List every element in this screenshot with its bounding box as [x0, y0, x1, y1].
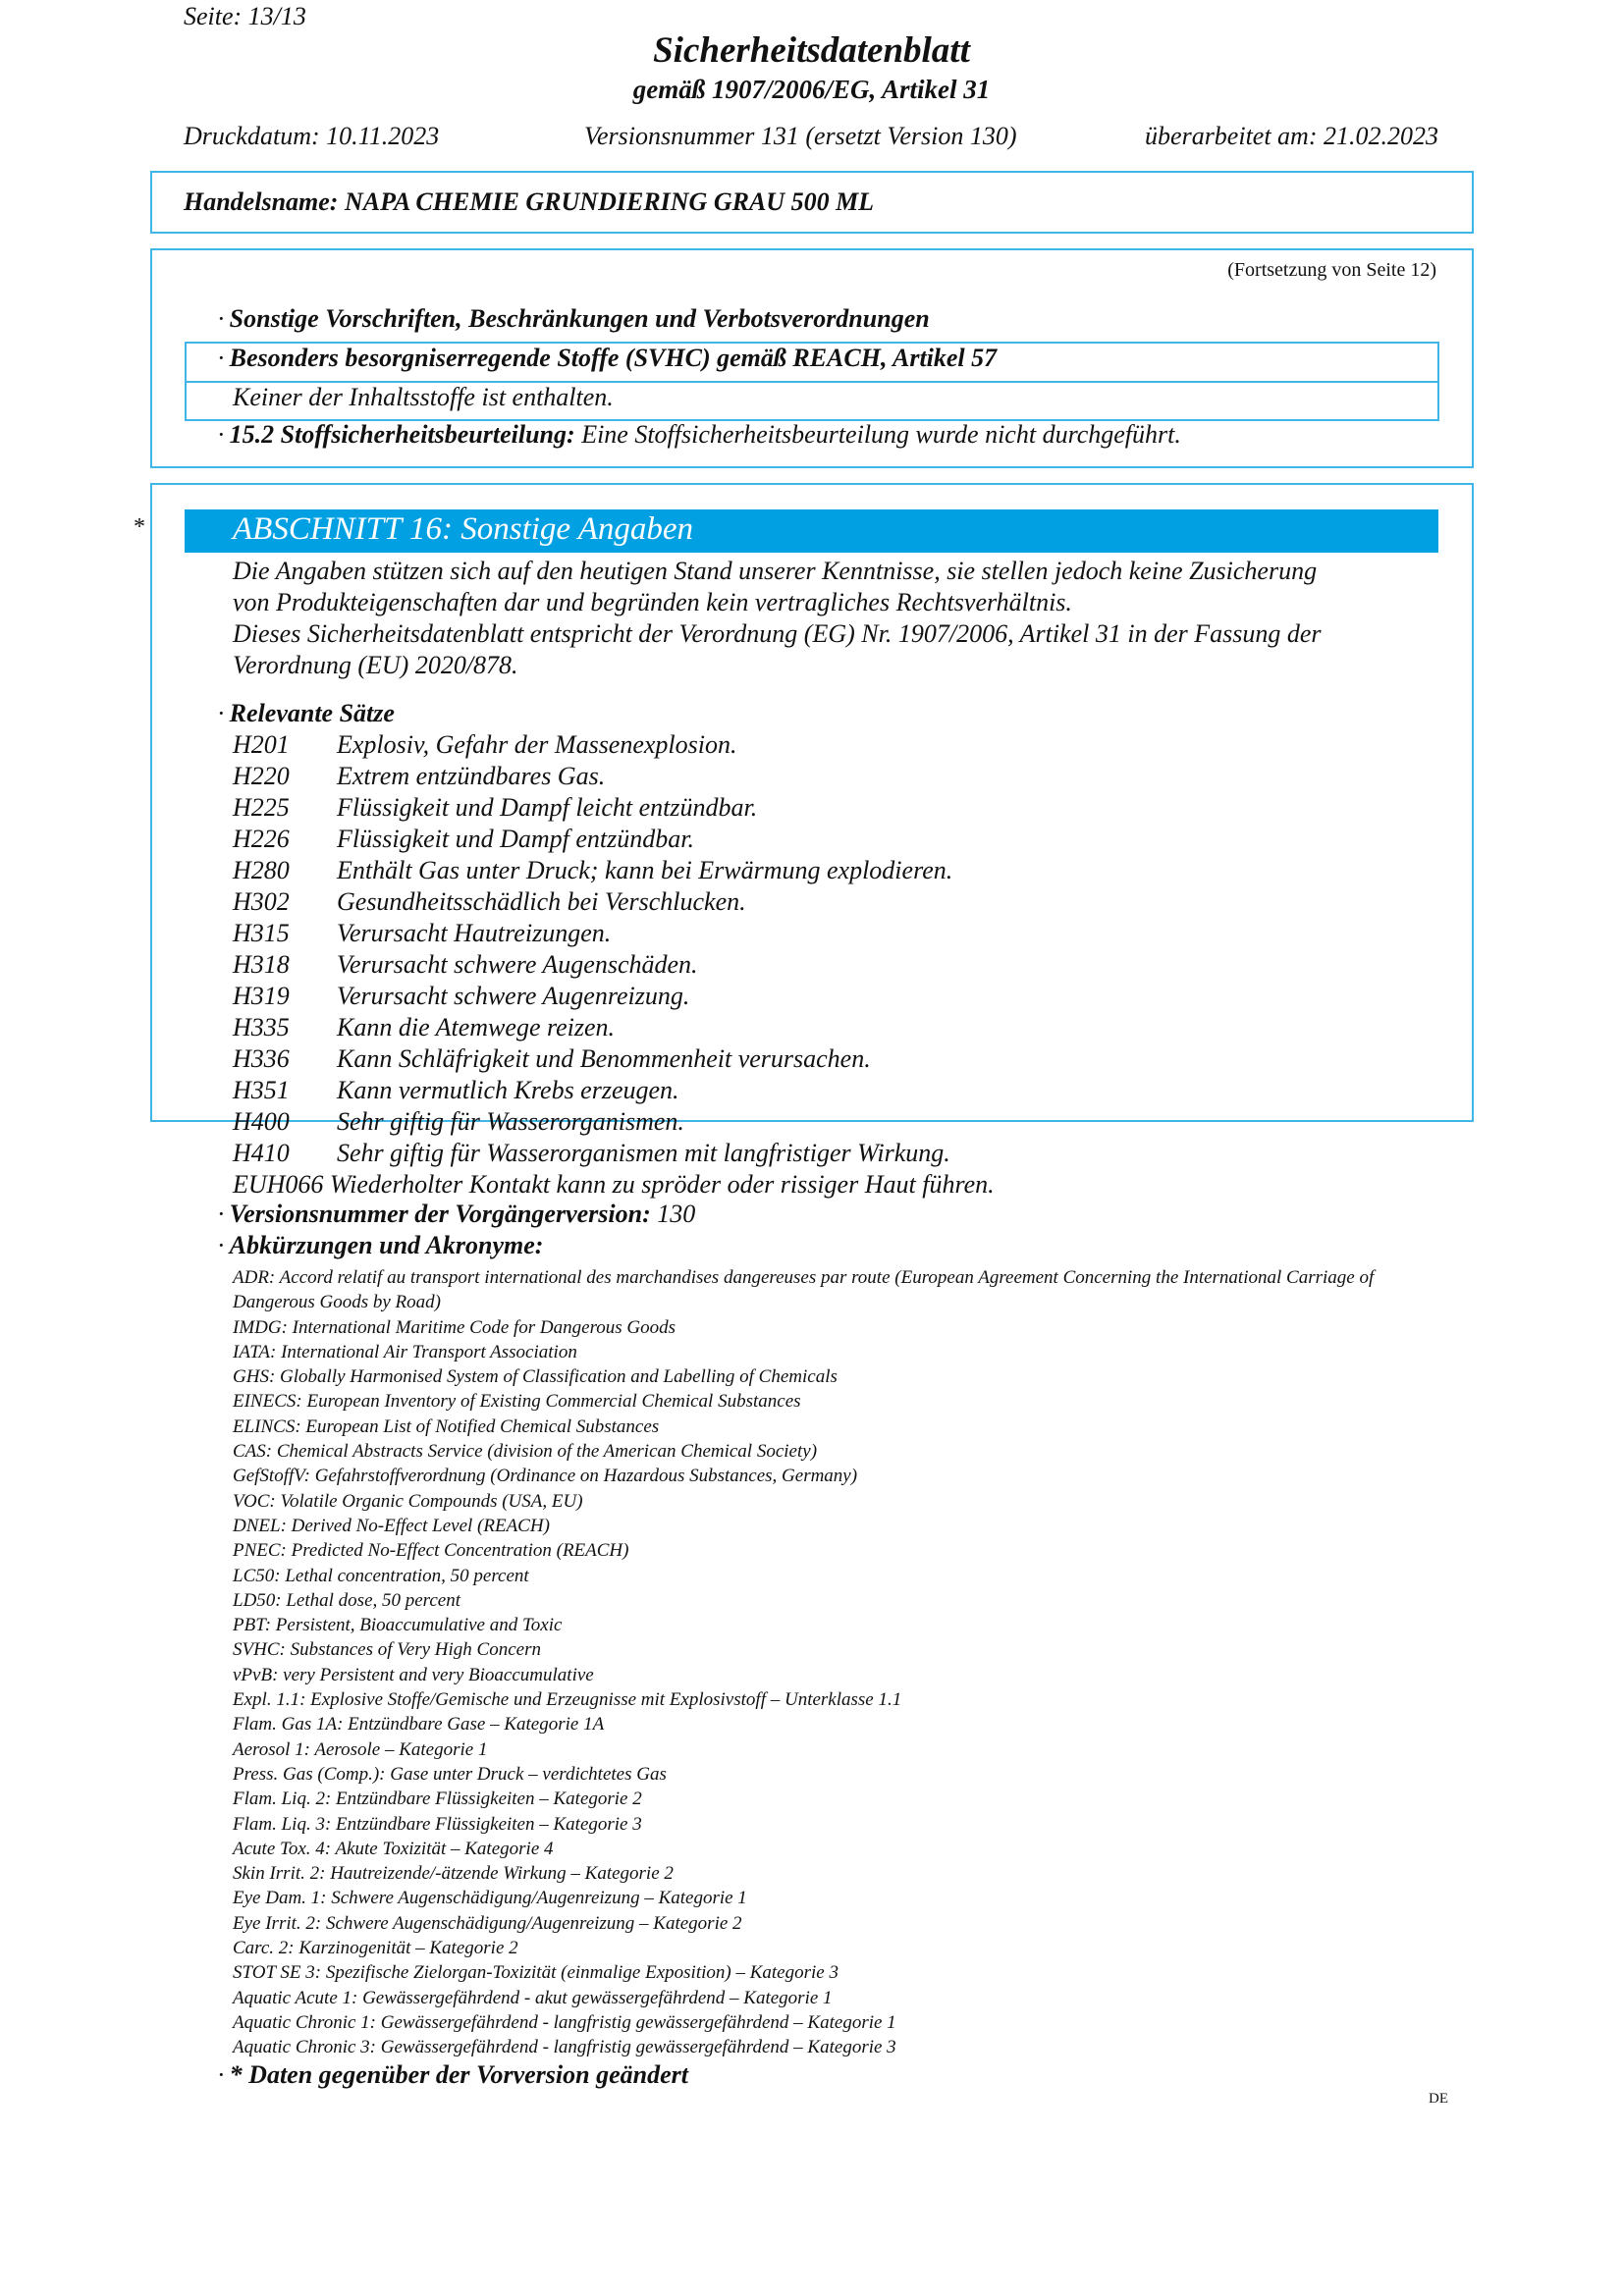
- regulation-line-1: Dieses Sicherheitsdatenblatt entspricht …: [233, 618, 1322, 650]
- document-subtitle: gemäß 1907/2006/EG, Artikel 31: [0, 75, 1623, 105]
- hazard-code: H410: [233, 1139, 290, 1168]
- hazard-statement: H335Kann die Atemwege reizen.: [233, 1013, 995, 1044]
- svhc-heading: ·Besonders besorgniserregende Stoffe (SV…: [217, 344, 997, 373]
- abbreviation-item: IMDG: International Maritime Code for Da…: [233, 1315, 1440, 1340]
- abbreviation-item: PBT: Persistent, Bioaccumulative and Tox…: [233, 1613, 1440, 1637]
- abbreviation-item: Skin Irrit. 2: Hautreizende/-ätzende Wir…: [233, 1861, 1440, 1886]
- abbreviations-heading: ·Abkürzungen und Akronyme:: [217, 1231, 543, 1260]
- previous-version: ·Versionsnummer der Vorgängerversion: 13…: [217, 1200, 695, 1229]
- abbreviation-item: ADR: Accord relatif au transport interna…: [233, 1265, 1440, 1315]
- language-tag: DE: [1426, 2091, 1451, 2108]
- regulation-line-2: Verordnung (EU) 2020/878.: [233, 650, 1322, 681]
- hazard-text: Kann Schläfrigkeit und Benommenheit veru…: [337, 1044, 871, 1074]
- disclaimer-paragraph: Die Angaben stützen sich auf den heutige…: [233, 556, 1317, 618]
- other-regulations-label: Sonstige Vorschriften, Beschränkungen un…: [230, 304, 930, 333]
- hazard-code: H315: [233, 919, 290, 948]
- abbreviation-item: IATA: International Air Transport Associ…: [233, 1340, 1440, 1364]
- page-number: Seite: 13/13: [184, 2, 306, 31]
- abbreviation-item: GefStoffV: Gefahrstoffverordnung (Ordina…: [233, 1464, 1440, 1488]
- abbreviation-item: DNEL: Derived No-Effect Level (REACH): [233, 1514, 1440, 1538]
- abbreviation-item: Aerosol 1: Aerosole – Kategorie 1: [233, 1737, 1440, 1762]
- abbreviations-label: Abkürzungen und Akronyme:: [230, 1231, 544, 1259]
- abbreviation-item: Flam. Liq. 3: Entzündbare Flüssigkeiten …: [233, 1812, 1440, 1837]
- abbreviation-item: CAS: Chemical Abstracts Service (divisio…: [233, 1439, 1440, 1464]
- abbreviation-item: STOT SE 3: Spezifische Zielorgan-Toxizit…: [233, 1960, 1440, 1985]
- abbreviation-item: Acute Tox. 4: Akute Toxizität – Kategori…: [233, 1837, 1440, 1861]
- hazard-statement: H318Verursacht schwere Augenschäden.: [233, 950, 995, 982]
- document-title: Sicherheitsdatenblatt: [0, 29, 1623, 72]
- hazard-statement: H315Verursacht Hautreizungen.: [233, 919, 995, 950]
- previous-version-label: Versionsnummer der Vorgängerversion:: [230, 1200, 651, 1228]
- abbreviations-list: ADR: Accord relatif au transport interna…: [233, 1265, 1440, 2060]
- euh-text: EUH066 Wiederholter Kontakt kann zu sprö…: [233, 1170, 995, 1199]
- abbreviation-item: Aquatic Chronic 3: Gewässergefährdend - …: [233, 2035, 1440, 2059]
- abbreviation-item: ELINCS: European List of Notified Chemic…: [233, 1415, 1440, 1439]
- changed-data-label: * Daten gegenüber der Vorversion geänder…: [230, 2060, 688, 2089]
- hazard-code: H318: [233, 950, 290, 980]
- hazard-statements-list: H201Explosiv, Gefahr der Massenexplosion…: [233, 730, 995, 1201]
- hazard-text: Extrem entzündbares Gas.: [337, 762, 605, 791]
- relevant-sentences-label: Relevante Sätze: [230, 699, 395, 727]
- change-marker: *: [134, 514, 145, 541]
- other-regulations-heading: ·Sonstige Vorschriften, Beschränkungen u…: [217, 304, 930, 334]
- hazard-code: H336: [233, 1044, 290, 1074]
- hazard-code: H225: [233, 793, 290, 823]
- abbreviation-item: LC50: Lethal concentration, 50 percent: [233, 1564, 1440, 1588]
- safety-assessment-text: Eine Stoffsicherheitsbeurteilung wurde n…: [581, 420, 1181, 449]
- hazard-statement: H280Enthält Gas unter Druck; kann bei Er…: [233, 856, 995, 887]
- hazard-statement: H225Flüssigkeit und Dampf leicht entzünd…: [233, 793, 995, 825]
- hazard-code: H201: [233, 730, 290, 760]
- svhc-text: Keiner der Inhaltsstoffe ist enthalten.: [233, 383, 614, 412]
- abbreviation-item: Press. Gas (Comp.): Gase unter Druck – v…: [233, 1762, 1440, 1787]
- hazard-text: Verursacht Hautreizungen.: [337, 919, 611, 948]
- hazard-text: Explosiv, Gefahr der Massenexplosion.: [337, 730, 737, 760]
- abbreviation-item: GHS: Globally Harmonised System of Class…: [233, 1364, 1440, 1389]
- abbreviation-item: VOC: Volatile Organic Compounds (USA, EU…: [233, 1489, 1440, 1514]
- abbreviation-item: vPvB: very Persistent and very Bioaccumu…: [233, 1663, 1440, 1687]
- regulation-paragraph: Dieses Sicherheitsdatenblatt entspricht …: [233, 618, 1322, 681]
- hazard-code: H226: [233, 825, 290, 854]
- print-date: Druckdatum: 10.11.2023: [184, 122, 439, 151]
- hazard-statement: H410Sehr giftig für Wasserorganismen mit…: [233, 1139, 995, 1170]
- hazard-text: Kann die Atemwege reizen.: [337, 1013, 615, 1042]
- hazard-statement: H351Kann vermutlich Krebs erzeugen.: [233, 1076, 995, 1107]
- hazard-statement: H220Extrem entzündbares Gas.: [233, 762, 995, 793]
- hazard-code: H302: [233, 887, 290, 917]
- hazard-text: Sehr giftig für Wasserorganismen mit lan…: [337, 1139, 950, 1168]
- abbreviation-item: SVHC: Substances of Very High Concern: [233, 1637, 1440, 1662]
- abbreviation-item: Aquatic Acute 1: Gewässergefährdend - ak…: [233, 1986, 1440, 2010]
- disclaimer-line-1: Die Angaben stützen sich auf den heutige…: [233, 556, 1317, 587]
- hazard-code: H280: [233, 856, 290, 885]
- safety-assessment: ·15.2 Stoffsicherheitsbeurteilung: Eine …: [217, 420, 1181, 450]
- abbreviation-item: Eye Irrit. 2: Schwere Augenschädigung/Au…: [233, 1911, 1440, 1936]
- trade-name: Handelsname: NAPA CHEMIE GRUNDIERING GRA…: [184, 187, 874, 217]
- hazard-code: H319: [233, 982, 290, 1011]
- hazard-text: Sehr giftig für Wasserorganismen.: [337, 1107, 684, 1137]
- version-number: Versionsnummer 131 (ersetzt Version 130): [584, 122, 1017, 151]
- hazard-statement: H319Verursacht schwere Augenreizung.: [233, 982, 995, 1013]
- hazard-text: Flüssigkeit und Dampf leicht entzündbar.: [337, 793, 757, 823]
- abbreviation-item: Eye Dam. 1: Schwere Augenschädigung/Auge…: [233, 1886, 1440, 1910]
- abbreviation-item: Flam. Liq. 2: Entzündbare Flüssigkeiten …: [233, 1787, 1440, 1811]
- hazard-statement: H201Explosiv, Gefahr der Massenexplosion…: [233, 730, 995, 762]
- continuation-note: (Fortsetzung von Seite 12): [1227, 259, 1436, 282]
- hazard-code: H335: [233, 1013, 290, 1042]
- abbreviation-item: Carc. 2: Karzinogenität – Kategorie 2: [233, 1936, 1440, 1960]
- hazard-text: Gesundheitsschädlich bei Verschlucken.: [337, 887, 746, 917]
- hazard-text: Verursacht schwere Augenreizung.: [337, 982, 689, 1011]
- hazard-text: Verursacht schwere Augenschäden.: [337, 950, 698, 980]
- abbreviation-item: Aquatic Chronic 1: Gewässergefährdend - …: [233, 2010, 1440, 2035]
- hazard-code: H351: [233, 1076, 290, 1105]
- hazard-statement: H400Sehr giftig für Wasserorganismen.: [233, 1107, 995, 1139]
- abbreviation-item: EINECS: European Inventory of Existing C…: [233, 1389, 1440, 1414]
- hazard-text: Enthält Gas unter Druck; kann bei Erwärm…: [337, 856, 952, 885]
- abbreviation-item: LD50: Lethal dose, 50 percent: [233, 1588, 1440, 1613]
- hazard-statement: H226Flüssigkeit und Dampf entzündbar.: [233, 825, 995, 856]
- safety-assessment-label: 15.2 Stoffsicherheitsbeurteilung:: [230, 420, 575, 449]
- previous-version-value: 130: [657, 1200, 695, 1228]
- relevant-sentences-heading: ·Relevante Sätze: [217, 699, 395, 728]
- changed-data-note: ·* Daten gegenüber der Vorversion geände…: [217, 2060, 688, 2090]
- hazard-text: Kann vermutlich Krebs erzeugen.: [337, 1076, 679, 1105]
- section-16-title: ABSCHNITT 16: Sonstige Angaben: [233, 511, 693, 548]
- revision-date: überarbeitet am: 21.02.2023: [1145, 122, 1438, 151]
- svhc-label: Besonders besorgniserregende Stoffe (SVH…: [230, 344, 998, 372]
- hazard-statement: H336Kann Schläfrigkeit und Benommenheit …: [233, 1044, 995, 1076]
- euh-statement: EUH066 Wiederholter Kontakt kann zu sprö…: [233, 1170, 995, 1201]
- hazard-code: H400: [233, 1107, 290, 1137]
- hazard-text: Flüssigkeit und Dampf entzündbar.: [337, 825, 694, 854]
- abbreviation-item: Flam. Gas 1A: Entzündbare Gase – Kategor…: [233, 1712, 1440, 1736]
- abbreviation-item: Expl. 1.1: Explosive Stoffe/Gemische und…: [233, 1687, 1440, 1712]
- hazard-code: H220: [233, 762, 290, 791]
- abbreviation-item: PNEC: Predicted No-Effect Concentration …: [233, 1538, 1440, 1563]
- disclaimer-line-2: von Produkteigenschaften dar und begründ…: [233, 587, 1317, 618]
- hazard-statement: H302Gesundheitsschädlich bei Verschlucke…: [233, 887, 995, 919]
